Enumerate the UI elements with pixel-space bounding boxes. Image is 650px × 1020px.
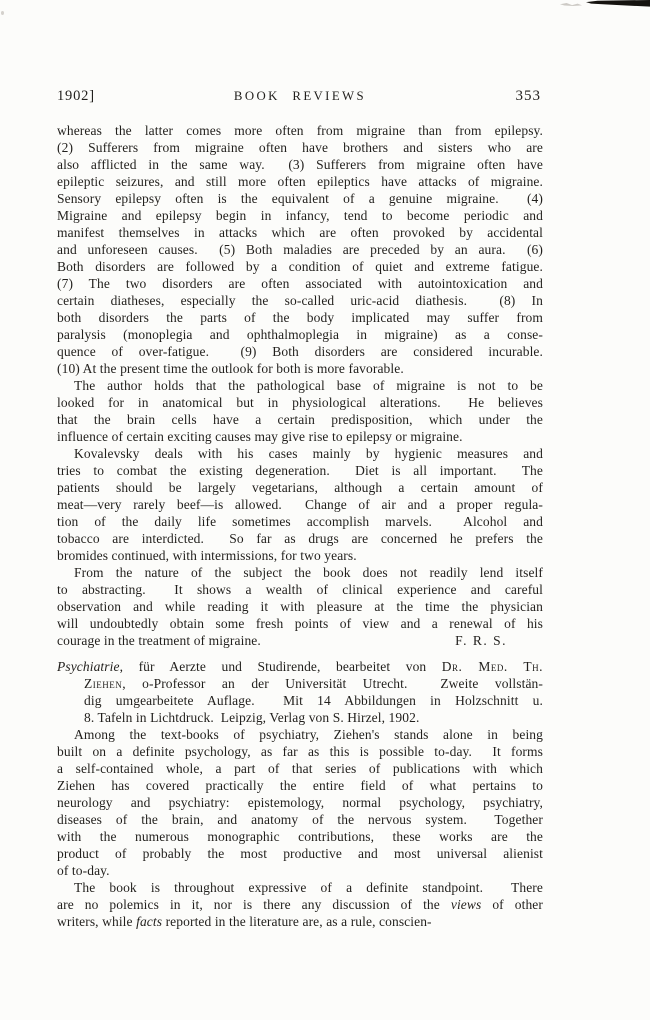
scan-ink-smudge [586,0,650,7]
text-line: with the numerous monographic contributi… [57,828,543,845]
text-segment: The author holds that the pathological b… [74,378,543,393]
running-title: BOOK REVIEWS [57,89,543,104]
text-segment: of to-day. [57,863,110,878]
text-segment: Sensory epilepsy often is the equivalent… [57,191,543,206]
text-segment: tobacco are interdicted. So far as drugs… [57,531,543,546]
text-segment: also afflicted in the same way. (3) Suff… [57,157,543,172]
text-line: The author holds that the pathological b… [57,377,543,394]
text-line: (7) The two disorders are often associat… [57,275,543,292]
text-line: Kovalevsky deals with his cases mainly b… [57,445,543,462]
text-line: tion of the daily life sometimes accompl… [57,513,543,530]
text-line: to abstracting. It shows a wealth of cli… [57,581,543,598]
text-segment: certain diatheses, especially the so-cal… [57,293,543,308]
text-line: Migraine and epilepsy begin in infancy, … [57,207,543,224]
text-line: manifest themselves in attacks which are… [57,224,543,241]
text-line: a self-contained whole, a part of that s… [57,760,543,777]
text-line: paralysis (monoplegia and ophthalmoplegi… [57,326,543,343]
text-segment: (2) Sufferers from migraine often have b… [57,140,543,155]
text-segment: meat—very rarely beef—is allowed. Change… [57,497,543,512]
text-segment: , o-Professor an der Universität Utrecht… [122,676,543,691]
text-segment: a self-contained whole, a part of that s… [57,761,543,776]
text-segment: diseases of the brain, and anatomy of th… [57,812,543,827]
text-line: From the nature of the subject the book … [57,564,543,581]
text-segment: quence of over-fatigue. (9) Both disorde… [57,344,543,359]
text-segment: tion of the daily life sometimes accompl… [57,514,543,529]
smallcaps-name: Ziehen [84,676,122,691]
text-line: also afflicted in the same way. (3) Suff… [57,156,543,173]
text-segment: influence of certain exciting causes may… [57,429,463,444]
text-line: (2) Sufferers from migraine often have b… [57,139,543,156]
text-line: of to-day. [57,862,543,879]
text-segment: reported in the literature are, as a rul… [162,914,432,929]
text-segment: epileptic seizures, and still more often… [57,174,543,189]
text-segment: product of probably the most productive … [57,846,543,861]
text-segment: are no polemics in it, nor is there any … [57,897,451,912]
italic-text: views [451,897,482,912]
text-line: that the brain cells have a certain pred… [57,411,543,428]
text-line: are no polemics in it, nor is there any … [57,896,543,913]
text-segment: both disorders the parts of the body imp… [57,310,543,325]
text-segment: writers, while [57,914,136,929]
scan-speck [1,11,4,15]
text-segment: looked for in anatomical but in physiolo… [57,395,543,410]
text-line: quence of over-fatigue. (9) Both disorde… [57,343,543,360]
scan-speck [560,3,582,6]
text-line: tobacco are interdicted. So far as drugs… [57,530,543,547]
text-line: Sensory epilepsy often is the equivalent… [57,190,543,207]
text-segment: neurology and psychiatry: epistemology, … [57,795,543,810]
text-line: tries to combat the existing degeneratio… [57,462,543,479]
text-line: dig umgearbeitete Auflage. Mit 14 Abbild… [57,692,543,709]
text-segment: patients should be largely vegetarians, … [57,480,543,495]
text-segment: (10) At the present time the outlook for… [57,361,404,376]
text-segment: manifest themselves in attacks which are… [57,225,543,240]
page-header: 1902] BOOK REVIEWS 353 [57,88,543,106]
text-segment: bromides continued, with intermissions, … [57,548,357,563]
text-line: Both disorders are followed by a conditi… [57,258,543,275]
text-line: writers, while facts reported in the lit… [57,913,543,930]
text-segment: (7) The two disorders are often associat… [57,276,543,291]
text-line: observation and while reading it with pl… [57,598,543,615]
reviewer-signature: F. R. S. [455,632,507,649]
text-segment: that the brain cells have a certain pred… [57,412,543,427]
text-segment: built on a definite psychology, as far a… [57,744,543,759]
text-segment: dig umgearbeitete Auflage. Mit 14 Abbild… [84,693,543,708]
text-segment: with the numerous monographic contributi… [57,829,543,844]
text-segment: Both disorders are followed by a conditi… [57,259,543,274]
page-body: whereas the latter comes more often from… [57,122,543,930]
text-segment: paralysis (monoplegia and ophthalmoplegi… [57,327,543,342]
text-line: both disorders the parts of the body imp… [57,309,543,326]
text-segment: 8. Tafeln in Lichtdruck. Leipzig, Verlag… [84,710,419,725]
text-line: (10) At the present time the outlook for… [57,360,543,377]
text-segment: Kovalevsky deals with his cases mainly b… [74,446,543,461]
text-line: will undoubtedly obtain some fresh point… [57,615,543,632]
text-segment: courage in the treatment of migraine. [57,633,261,648]
page-number: 353 [516,88,542,105]
text-segment: Ziehen has covered practically the entir… [57,778,543,793]
text-segment: and unforeseen causes. (5) Both maladies… [57,242,543,257]
paragraph: whereas the latter comes more often from… [57,122,543,377]
text-line: built on a definite psychology, as far a… [57,743,543,760]
text-line: influence of certain exciting causes may… [57,428,543,445]
text-line: courage in the treatment of migraine.F. … [57,632,543,649]
text-line: 8. Tafeln in Lichtdruck. Leipzig, Verlag… [57,709,543,726]
text-line: Among the text-books of psychiatry, Zieh… [57,726,543,743]
text-segment: of other [481,897,543,912]
text-segment: to abstracting. It shows a wealth of cli… [57,582,543,597]
text-line: bromides continued, with intermissions, … [57,547,543,564]
paragraph: The author holds that the pathological b… [57,377,543,445]
text-line: Ziehen has covered practically the entir… [57,777,543,794]
paragraph: From the nature of the subject the book … [57,564,543,649]
text-line: Ziehen, o-Professor an der Universität U… [57,675,543,692]
text-segment: tries to combat the existing degeneratio… [57,463,543,478]
text-segment: whereas the latter comes more often from… [57,123,543,138]
text-line: The book is throughout expressive of a d… [57,879,543,896]
text-segment: , für Aerzte und Studirende, bearbeitet … [120,659,442,674]
book-citation: Psychiatrie, für Aerzte und Studirende, … [57,658,543,726]
text-line: product of probably the most productive … [57,845,543,862]
text-segment: observation and while reading it with pl… [57,599,543,614]
paragraph: Kovalevsky deals with his cases mainly b… [57,445,543,564]
text-line: looked for in anatomical but in physiolo… [57,394,543,411]
text-segment: will undoubtedly obtain some fresh point… [57,616,543,631]
smallcaps-name: Dr. Med. Th. [442,659,543,674]
text-segment: The book is throughout expressive of a d… [74,880,543,895]
text-line: patients should be largely vegetarians, … [57,479,543,496]
paragraph: The book is throughout expressive of a d… [57,879,543,930]
paragraph: Among the text-books of psychiatry, Zieh… [57,726,543,879]
text-line: whereas the latter comes more often from… [57,122,543,139]
text-line: certain diatheses, especially the so-cal… [57,292,543,309]
text-line: neurology and psychiatry: epistemology, … [57,794,543,811]
text-line: epileptic seizures, and still more often… [57,173,543,190]
text-segment: Among the text-books of psychiatry, Zieh… [74,727,543,742]
text-segment: Migraine and epilepsy begin in infancy, … [57,208,543,223]
text-line: Psychiatrie, für Aerzte und Studirende, … [57,658,543,675]
text-line: and unforeseen causes. (5) Both maladies… [57,241,543,258]
printed-page: 1902] BOOK REVIEWS 353 whereas the latte… [57,88,543,930]
italic-text: Psychiatrie [57,659,120,674]
text-segment: From the nature of the subject the book … [74,565,543,580]
text-line: meat—very rarely beef—is allowed. Change… [57,496,543,513]
text-line: diseases of the brain, and anatomy of th… [57,811,543,828]
italic-text: facts [136,914,162,929]
